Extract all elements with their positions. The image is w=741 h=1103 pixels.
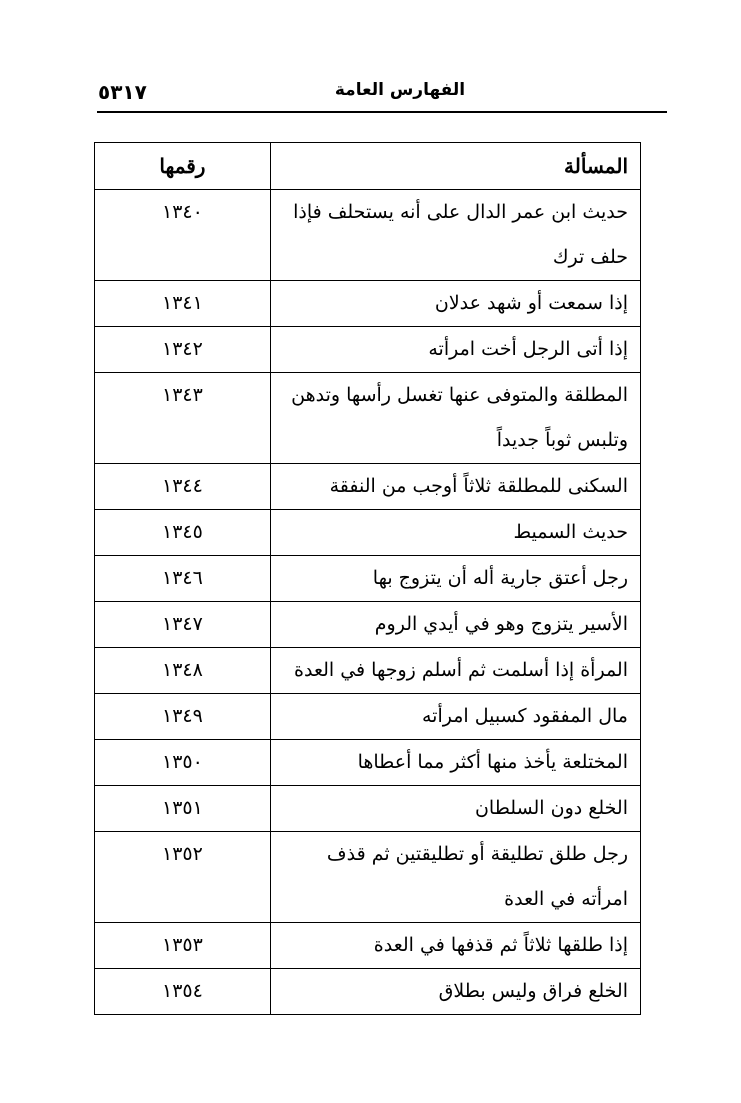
header-rule <box>97 111 667 113</box>
index-table: المسألة رقمها حديث ابن عمر الدال على أنه… <box>94 142 641 1015</box>
table-row: مال المفقود كسبيل امرأته١٣٤٩ <box>95 694 641 740</box>
topic-cell: الخلع فراق وليس بطلاق <box>270 969 640 1015</box>
page-number: ٥٣١٧ <box>98 80 147 104</box>
table-row: الخلع دون السلطان١٣٥١ <box>95 786 641 832</box>
number-cell: ١٣٤٩ <box>95 694 271 740</box>
number-cell: ١٣٤٥ <box>95 510 271 556</box>
number-cell: ١٣٤٢ <box>95 327 271 373</box>
table-row: الأسير يتزوج وهو في أيدي الروم١٣٤٧ <box>95 602 641 648</box>
table-row: السكنى للمطلقة ثلاثاً أوجب من النفقة١٣٤٤ <box>95 464 641 510</box>
table-row: إذا طلقها ثلاثاً ثم قذفها في العدة١٣٥٣ <box>95 923 641 969</box>
number-cell: ١٣٥١ <box>95 786 271 832</box>
topic-cell: إذا أتى الرجل أخت امرأته <box>270 327 640 373</box>
table-row: رجل طلق تطليقة أو تطليقتين ثم قذف امرأته… <box>95 832 641 923</box>
table-row: رجل أعتق جارية أله أن يتزوج بها١٣٤٦ <box>95 556 641 602</box>
number-cell: ١٣٤٧ <box>95 602 271 648</box>
topic-cell: الخلع دون السلطان <box>270 786 640 832</box>
topic-cell: رجل أعتق جارية أله أن يتزوج بها <box>270 556 640 602</box>
topic-cell: مال المفقود كسبيل امرأته <box>270 694 640 740</box>
table-header-row: المسألة رقمها <box>95 143 641 190</box>
number-cell: ١٣٤٠ <box>95 190 271 281</box>
number-cell: ١٣٥٤ <box>95 969 271 1015</box>
topic-cell: حديث ابن عمر الدال على أنه يستحلف فإذا ح… <box>270 190 640 281</box>
table-row: حديث السميط١٣٤٥ <box>95 510 641 556</box>
number-cell: ١٣٤٨ <box>95 648 271 694</box>
table-row: المختلعة يأخذ منها أكثر مما أعطاها١٣٥٠ <box>95 740 641 786</box>
table-row: الخلع فراق وليس بطلاق١٣٥٤ <box>95 969 641 1015</box>
table-row: المطلقة والمتوفى عنها تغسل رأسها وتدهن و… <box>95 373 641 464</box>
number-cell: ١٣٤٤ <box>95 464 271 510</box>
topic-cell: المرأة إذا أسلمت ثم أسلم زوجها في العدة <box>270 648 640 694</box>
number-cell: ١٣٤٦ <box>95 556 271 602</box>
topic-cell: المختلعة يأخذ منها أكثر مما أعطاها <box>270 740 640 786</box>
table-row: إذا أتى الرجل أخت امرأته١٣٤٢ <box>95 327 641 373</box>
topic-cell: إذا سمعت أو شهد عدلان <box>270 281 640 327</box>
topic-cell: الأسير يتزوج وهو في أيدي الروم <box>270 602 640 648</box>
topic-cell: إذا طلقها ثلاثاً ثم قذفها في العدة <box>270 923 640 969</box>
topic-cell: المطلقة والمتوفى عنها تغسل رأسها وتدهن و… <box>270 373 640 464</box>
number-cell: ١٣٥٠ <box>95 740 271 786</box>
table-row: المرأة إذا أسلمت ثم أسلم زوجها في العدة١… <box>95 648 641 694</box>
number-cell: ١٣٥٣ <box>95 923 271 969</box>
running-title: الفهارس العامة <box>300 80 500 100</box>
number-cell: ١٣٤٣ <box>95 373 271 464</box>
topic-cell: السكنى للمطلقة ثلاثاً أوجب من النفقة <box>270 464 640 510</box>
number-cell: ١٣٥٢ <box>95 832 271 923</box>
column-header-topic: المسألة <box>270 143 640 190</box>
column-header-number: رقمها <box>95 143 271 190</box>
topic-cell: حديث السميط <box>270 510 640 556</box>
table-row: إذا سمعت أو شهد عدلان١٣٤١ <box>95 281 641 327</box>
number-cell: ١٣٤١ <box>95 281 271 327</box>
topic-cell: رجل طلق تطليقة أو تطليقتين ثم قذف امرأته… <box>270 832 640 923</box>
table-row: حديث ابن عمر الدال على أنه يستحلف فإذا ح… <box>95 190 641 281</box>
